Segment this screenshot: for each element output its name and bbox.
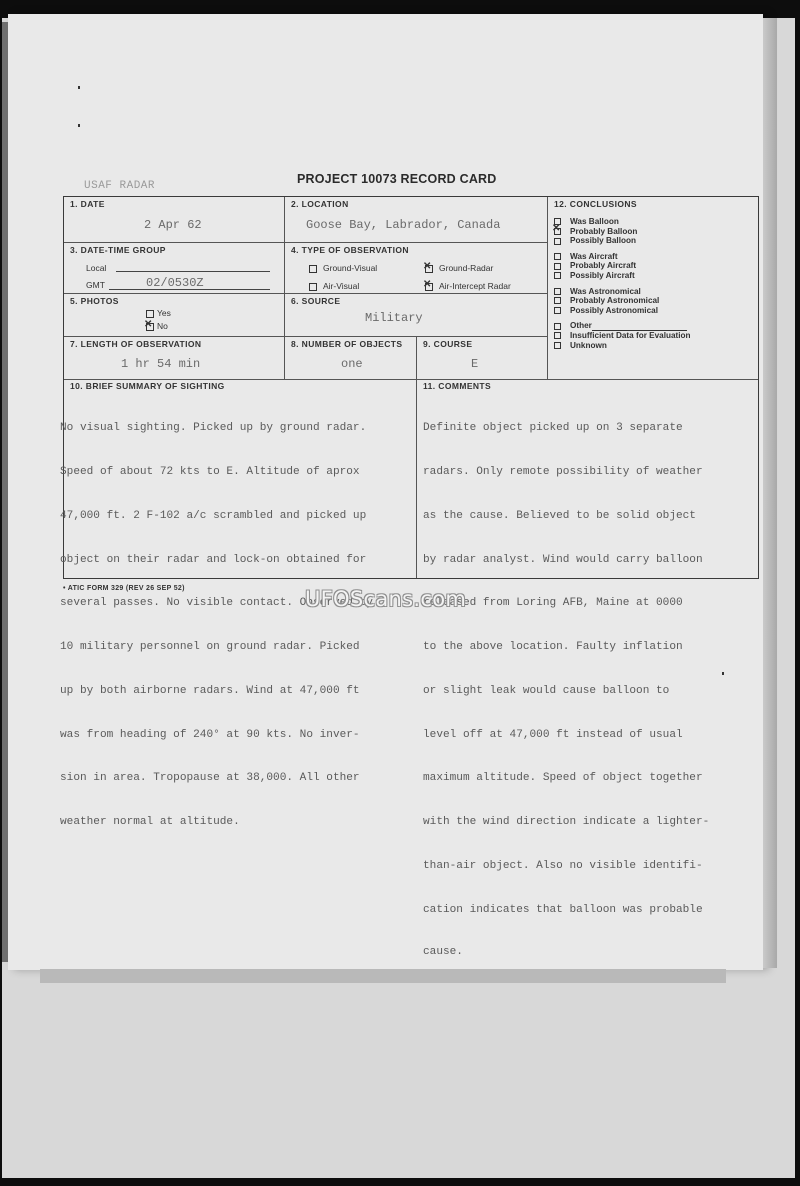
conclusion-other[interactable]: Other <box>554 321 691 331</box>
local-line <box>116 271 270 272</box>
conclusion-probably-astronomical[interactable]: Probably Astronomical <box>554 296 691 306</box>
conclusion-label: Possibly Balloon <box>570 236 636 245</box>
option-air-visual[interactable]: Air-Visual <box>309 281 359 291</box>
course-label: 9. COURSE <box>423 339 472 349</box>
field-source: 6. SOURCE Military <box>285 294 548 337</box>
comments-line: by radar analyst. Wind would carry ballo… <box>423 553 709 568</box>
conclusion-possibly-astronomical[interactable]: Possibly Astronomical <box>554 306 691 316</box>
conclusions-group-balloon: Was Balloon Probably Balloon Possibly Ba… <box>554 217 691 246</box>
number-of-objects-label: 8. NUMBER OF OBJECTS <box>291 339 402 349</box>
checkbox-air-intercept-radar[interactable] <box>425 283 433 291</box>
conclusion-possibly-balloon[interactable]: Possibly Balloon <box>554 236 691 246</box>
summary-line: was from heading of 240° at 90 kts. No i… <box>60 728 373 743</box>
checkbox[interactable] <box>554 323 561 330</box>
length-of-observation-label: 7. LENGTH OF OBSERVATION <box>70 339 201 349</box>
checkbox[interactable] <box>554 332 561 339</box>
conclusion-was-balloon[interactable]: Was Balloon <box>554 217 691 227</box>
field-brief-summary: 10. BRIEF SUMMARY OF SIGHTING No visual … <box>64 380 417 578</box>
conclusions-label: 12. CONCLUSIONS <box>554 199 637 209</box>
gmt-label: GMT <box>86 280 105 290</box>
conclusions-group-aircraft: Was Aircraft Probably Aircraft Possibly … <box>554 252 691 281</box>
checkbox[interactable] <box>554 288 561 295</box>
comments-line: Definite object picked up on 3 separate <box>423 421 709 436</box>
source-value: Military <box>365 311 423 325</box>
conclusion-label: Insufficient Data for Evaluation <box>570 331 691 340</box>
speck <box>78 124 80 127</box>
conclusion-label: Possibly Aircraft <box>570 271 635 280</box>
date-label: 1. DATE <box>70 199 105 209</box>
comments-text: Definite object picked up on 3 separate … <box>423 392 709 986</box>
checkbox-photos-no[interactable] <box>146 323 154 331</box>
field-course: 9. COURSE E <box>417 337 548 380</box>
length-of-observation-value: 1 hr 54 min <box>121 357 200 371</box>
comments-line: as the cause. Believed to be solid objec… <box>423 509 709 524</box>
option-label: Ground-Radar <box>439 263 493 273</box>
field-conclusions: 12. CONCLUSIONS Was Balloon Probably Bal… <box>548 197 758 380</box>
option-air-intercept-radar[interactable]: Air-Intercept Radar <box>425 281 511 291</box>
comments-line: cation indicates that balloon was probab… <box>423 903 709 918</box>
comments-line: maximum altitude. Speed of object togeth… <box>423 771 709 786</box>
option-ground-radar[interactable]: Ground-Radar <box>425 263 493 273</box>
comments-line: to the above location. Faulty inflation <box>423 640 709 655</box>
field-photos: 5. PHOTOS Yes No <box>64 294 285 337</box>
conclusion-was-aircraft[interactable]: Was Aircraft <box>554 252 691 262</box>
card-header: USAF RADAR PROJECT 10073 RECORD CARD <box>80 172 760 192</box>
field-type-of-observation: 4. TYPE OF OBSERVATION Ground-Visual Gro… <box>285 243 548 294</box>
checkbox[interactable] <box>554 342 561 349</box>
other-fill-line[interactable] <box>592 322 687 331</box>
field-length-of-observation: 7. LENGTH OF OBSERVATION 1 hr 54 min <box>64 337 285 380</box>
option-label: Air-Visual <box>323 281 359 291</box>
checkbox[interactable] <box>554 263 561 270</box>
page-edge-shadow <box>763 18 777 968</box>
conclusion-was-astronomical[interactable]: Was Astronomical <box>554 287 691 297</box>
usaf-radar-stamp: USAF RADAR <box>84 180 155 192</box>
option-label: Yes <box>157 308 171 318</box>
option-label: Ground-Visual <box>323 263 377 273</box>
checkbox-ground-radar[interactable] <box>425 265 433 273</box>
summary-line: object on their radar and lock-on obtain… <box>60 553 373 568</box>
conclusion-possibly-aircraft[interactable]: Possibly Aircraft <box>554 271 691 281</box>
summary-line: Speed of about 72 kts to E. Altitude of … <box>60 465 373 480</box>
speck <box>78 86 80 89</box>
checkbox-photos-yes[interactable] <box>146 310 154 318</box>
checkbox[interactable] <box>554 272 561 279</box>
conclusion-label: Probably Astronomical <box>570 296 659 305</box>
checkbox[interactable] <box>554 253 561 260</box>
option-label: Air-Intercept Radar <box>439 281 511 291</box>
summary-line: sion in area. Tropopause at 38,000. All … <box>60 771 373 786</box>
conclusions-group-other: Other Insufficient Data for Evaluation U… <box>554 321 691 350</box>
summary-line: weather normal at altitude. <box>60 815 373 830</box>
field-date-time-group: 3. DATE-TIME GROUP Local GMT 02/0530Z <box>64 243 285 294</box>
checkbox-air-visual[interactable] <box>309 283 317 291</box>
conclusion-label: Was Balloon <box>570 217 619 226</box>
comments-line: radars. Only remote possibility of weath… <box>423 465 709 480</box>
location-label: 2. LOCATION <box>291 199 349 209</box>
checkbox-ground-visual[interactable] <box>309 265 317 273</box>
field-comments: 11. COMMENTS Definite object picked up o… <box>417 380 758 578</box>
checkbox-checked[interactable] <box>554 228 561 235</box>
gmt-value: 02/0530Z <box>146 276 204 290</box>
summary-line: 10 military personnel on ground radar. P… <box>60 640 373 655</box>
comments-line: with the wind direction indicate a light… <box>423 815 709 830</box>
checkbox[interactable] <box>554 307 561 314</box>
source-label: 6. SOURCE <box>291 296 340 306</box>
checkbox[interactable] <box>554 238 561 245</box>
page-left-edge <box>2 22 8 962</box>
conclusion-label: Was Aircraft <box>570 252 618 261</box>
field-number-of-objects: 8. NUMBER OF OBJECTS one <box>285 337 417 380</box>
conclusion-label: Other <box>570 321 592 330</box>
conclusion-probably-balloon[interactable]: Probably Balloon <box>554 227 691 237</box>
summary-line: 47,000 ft. 2 F-102 a/c scrambled and pic… <box>60 509 373 524</box>
number-of-objects-value: one <box>341 357 363 371</box>
summary-text: No visual sighting. Picked up by ground … <box>60 392 373 859</box>
summary-line: No visual sighting. Picked up by ground … <box>60 421 373 436</box>
option-photos-no[interactable]: No <box>146 321 168 331</box>
card-title: PROJECT 10073 RECORD CARD <box>297 172 497 186</box>
date-value: 2 Apr 62 <box>144 218 202 232</box>
conclusion-probably-aircraft[interactable]: Probably Aircraft <box>554 261 691 271</box>
conclusions-list: Was Balloon Probably Balloon Possibly Ba… <box>554 217 691 356</box>
photos-label: 5. PHOTOS <box>70 296 119 306</box>
option-ground-visual[interactable]: Ground-Visual <box>309 263 377 273</box>
conclusion-label: Possibly Astronomical <box>570 306 658 315</box>
comments-label: 11. COMMENTS <box>423 381 491 391</box>
conclusion-label: Probably Aircraft <box>570 261 636 270</box>
conclusion-label: Unknown <box>570 341 607 350</box>
comments-line: than-air object. Also no visible identif… <box>423 859 709 874</box>
conclusion-insufficient-data[interactable]: Insufficient Data for Evaluation <box>554 331 691 341</box>
field-location: 2. LOCATION Goose Bay, Labrador, Canada <box>285 197 548 243</box>
form-number: • ATIC FORM 329 (REV 26 SEP 52) <box>63 585 185 592</box>
date-time-group-label: 3. DATE-TIME GROUP <box>70 245 166 255</box>
option-photos-yes[interactable]: Yes <box>146 308 171 318</box>
watermark: UFOScans.com <box>305 587 466 611</box>
course-value: E <box>471 357 478 371</box>
checkbox[interactable] <box>554 297 561 304</box>
conclusion-label: Was Astronomical <box>570 287 641 296</box>
type-of-observation-label: 4. TYPE OF OBSERVATION <box>291 245 409 255</box>
comments-line: level off at 47,000 ft instead of usual <box>423 728 709 743</box>
location-value: Goose Bay, Labrador, Canada <box>306 218 500 232</box>
speck <box>722 672 724 675</box>
conclusions-group-astronomical: Was Astronomical Probably Astronomical P… <box>554 287 691 316</box>
conclusion-unknown[interactable]: Unknown <box>554 341 691 351</box>
comments-line: cause. <box>423 947 709 957</box>
conclusion-label: Probably Balloon <box>570 227 637 236</box>
summary-line: up by both airborne radars. Wind at 47,0… <box>60 684 373 699</box>
summary-label: 10. BRIEF SUMMARY OF SIGHTING <box>70 381 225 391</box>
local-label: Local <box>86 263 106 273</box>
comments-line: or slight leak would cause balloon to <box>423 684 709 699</box>
option-label: No <box>157 321 168 331</box>
field-date: 1. DATE 2 Apr 62 <box>64 197 285 243</box>
record-card-form: 1. DATE 2 Apr 62 2. LOCATION Goose Bay, … <box>63 196 759 579</box>
